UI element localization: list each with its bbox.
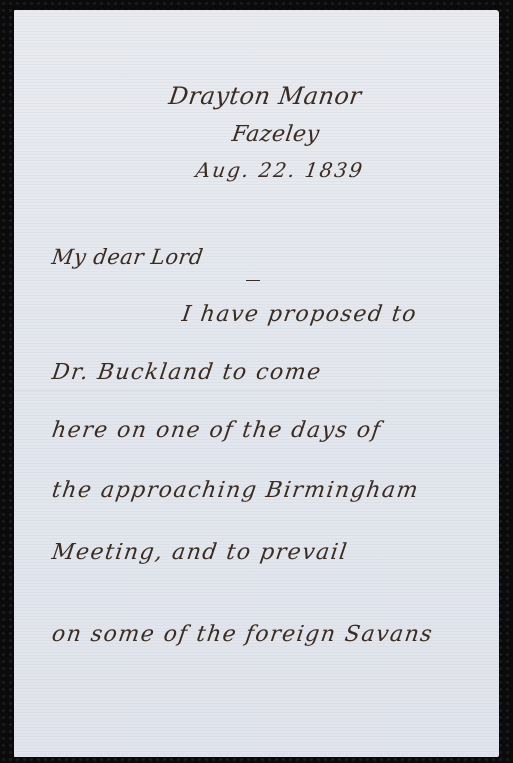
- paper-fold-line: [14, 390, 499, 391]
- letter-address-line-2: Fazeley: [230, 122, 321, 147]
- letter-body-line: the approaching Birmingham: [50, 478, 420, 503]
- letter-body-line: Dr. Buckland to come: [50, 360, 323, 385]
- letter-date: Aug. 22. 1839: [194, 158, 365, 182]
- letter-page: Drayton Manor Fazeley Aug. 22. 1839 My d…: [14, 10, 499, 757]
- letter-body-line: Meeting, and to prevail: [50, 540, 349, 565]
- letter-address-line-1: Drayton Manor: [167, 82, 363, 110]
- salutation-flourish: [246, 280, 260, 281]
- letter-body-line: I have proposed to: [180, 302, 419, 327]
- letter-body-line: on some of the foreign Savans: [50, 622, 435, 647]
- letter-salutation: My dear Lord: [50, 245, 205, 269]
- letter-body-line: here on one of the days of: [50, 418, 383, 443]
